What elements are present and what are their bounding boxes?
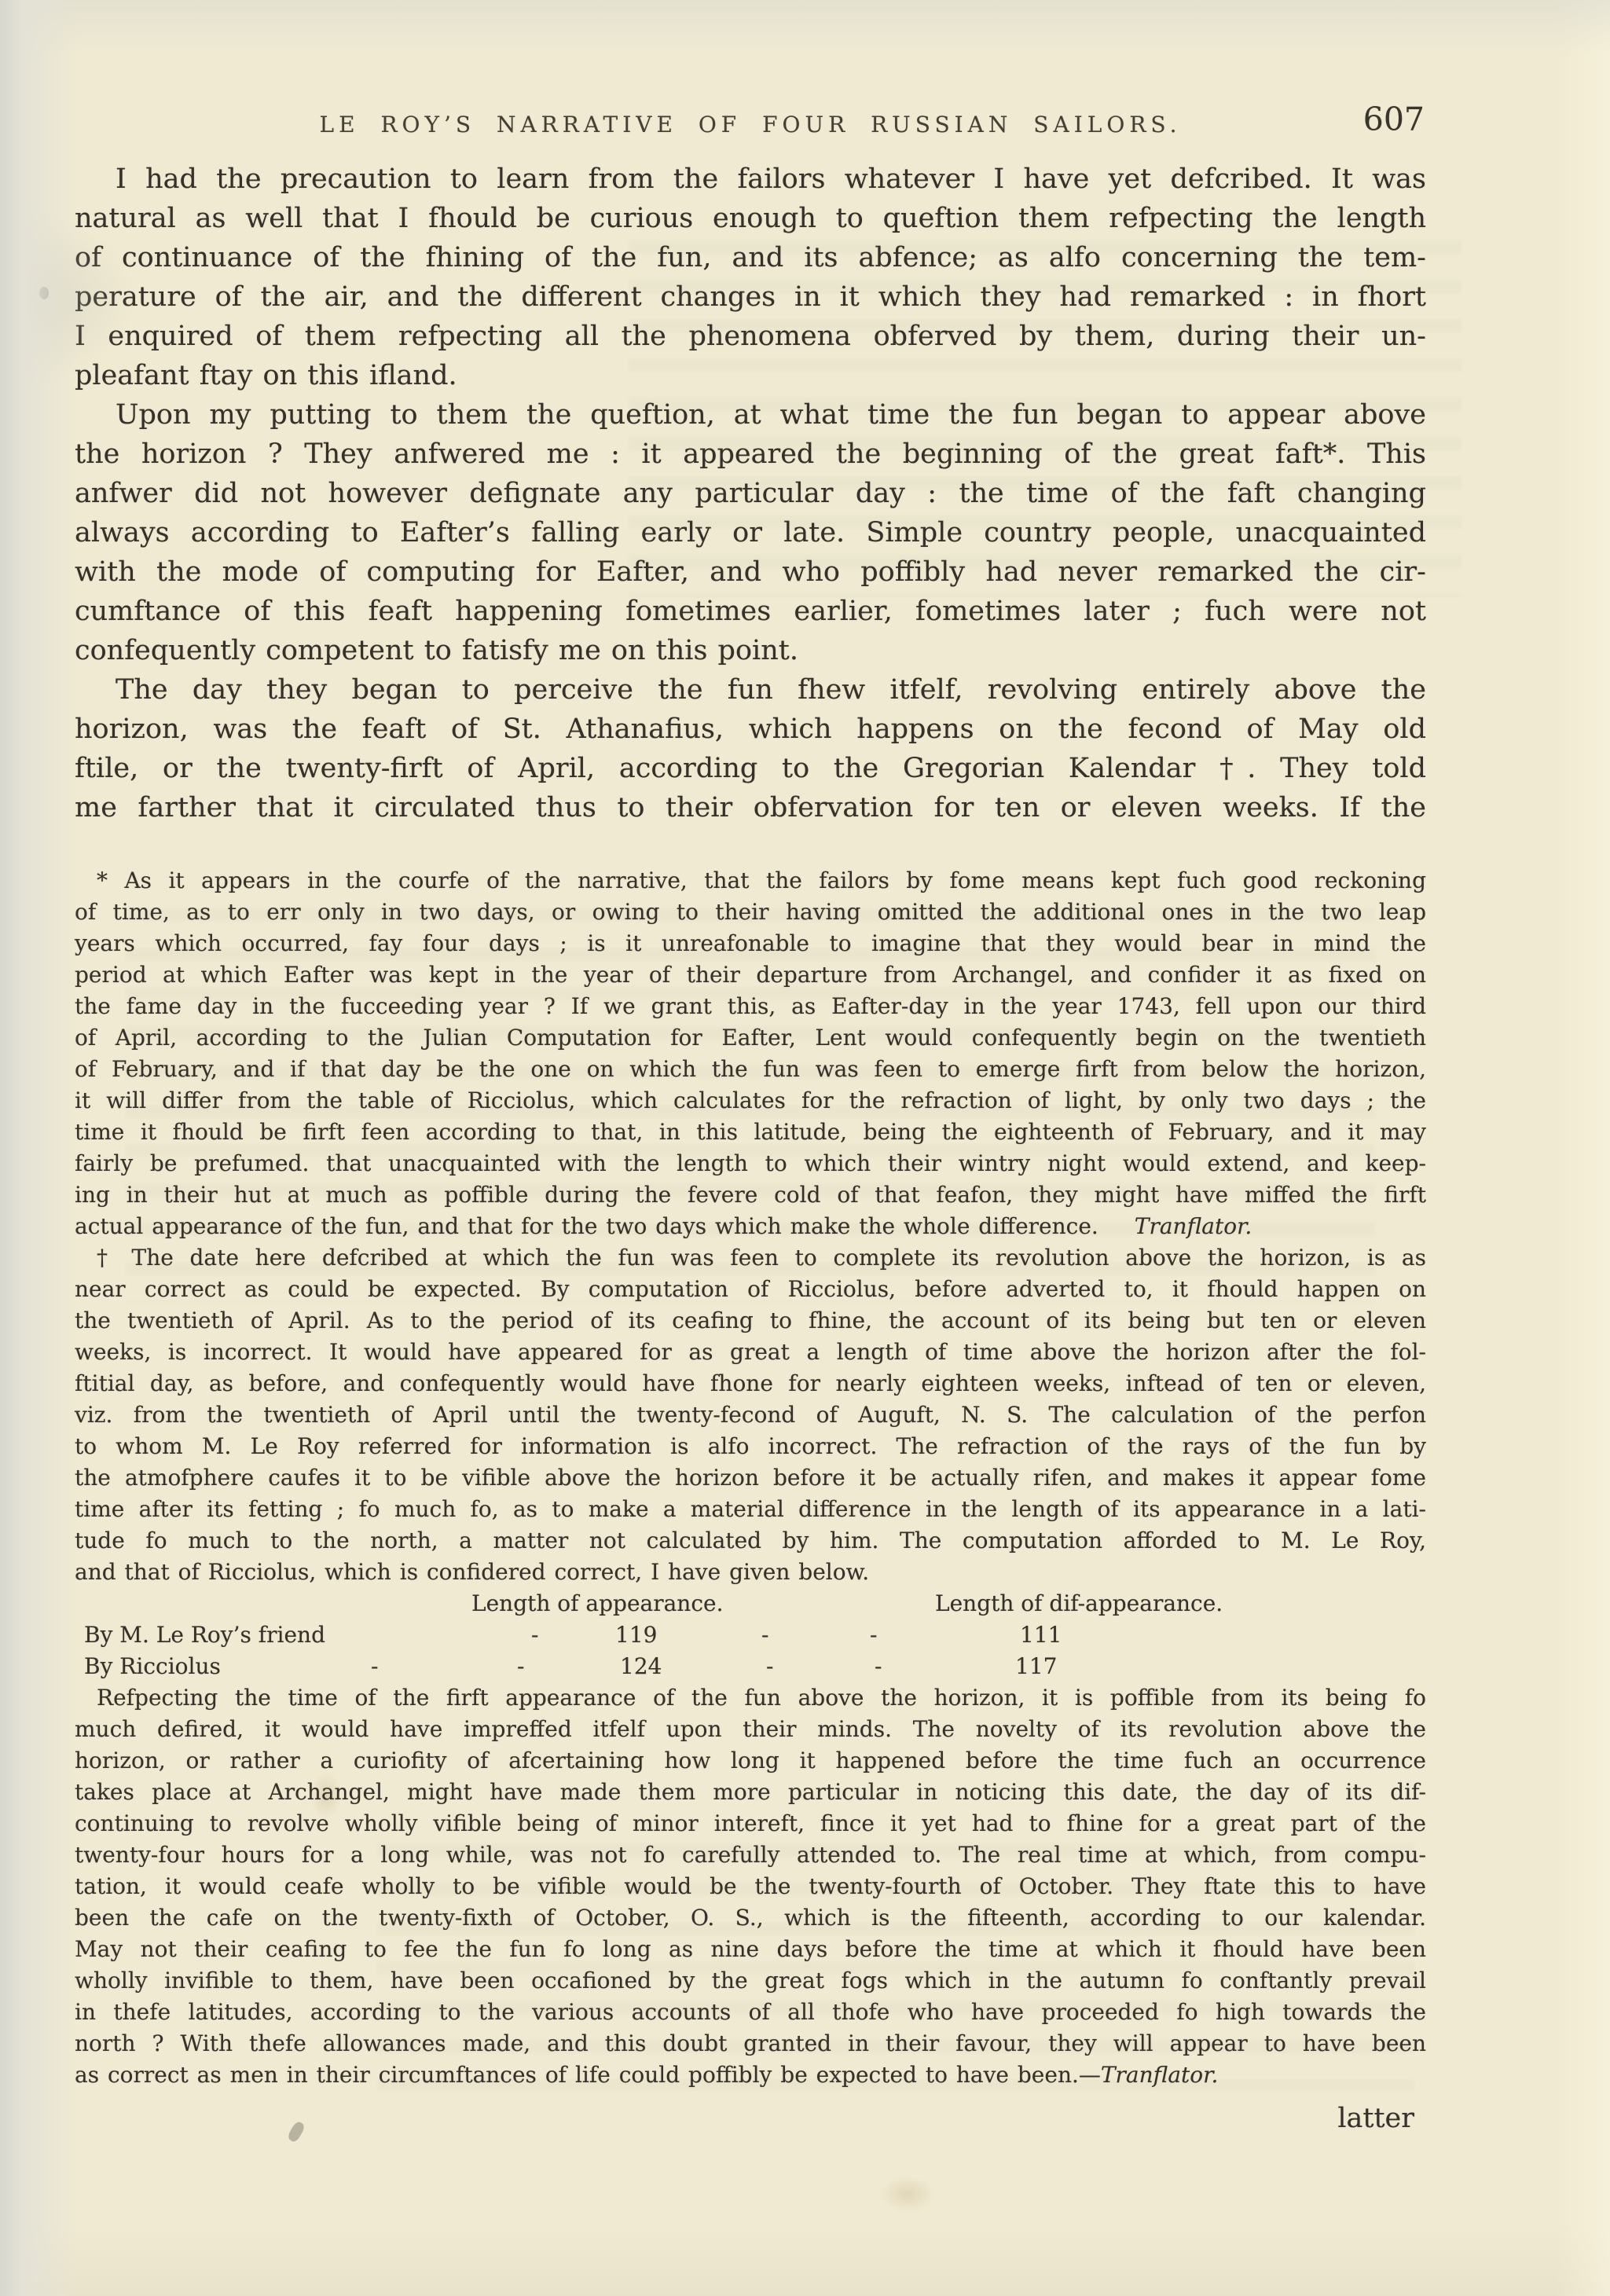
table-cell: By Ricciolus: [84, 1651, 221, 1682]
table-cell: -: [761, 1619, 768, 1651]
page-number: 607: [1363, 101, 1425, 138]
text-line: it will differ from the table of Ricciol…: [75, 1085, 1426, 1117]
text-line: perature of the air, and the different c…: [75, 277, 1426, 317]
footnote-table: Length of appearance. Length of dif-appe…: [75, 1588, 1426, 1682]
table-cell: -: [766, 1651, 773, 1682]
text-line: with the mode of computing for Eafter, a…: [75, 552, 1426, 592]
text-line: horizon, was the feaft of St. Athanafius…: [75, 710, 1426, 749]
text-line: I enquired of them refpecting all the ph…: [75, 317, 1426, 356]
text-line: twenty-four hours for a long while, was …: [75, 1839, 1426, 1871]
table-cell: -: [870, 1619, 877, 1651]
footnote-text: actual appearance of the fun, and that f…: [75, 1213, 1098, 1239]
table-cell: -: [371, 1651, 378, 1682]
text-line: the horizon ? They anfwered me : it appe…: [75, 435, 1426, 474]
text-line: takes place at Archangel, might have mad…: [75, 1777, 1426, 1808]
text-line: time it fhould be firft feen according t…: [75, 1117, 1426, 1148]
footnote-text: as correct as men in their circumftances…: [75, 2062, 1101, 2088]
text-line: continuing to revolve wholly vifible bei…: [75, 1808, 1426, 1839]
text-line: tude fo much to the north, a matter not …: [75, 1525, 1426, 1557]
table-cell: -: [517, 1651, 524, 1682]
book-page-scan: LE ROY’S NARRATIVE OF FOUR RUSSIAN SAILO…: [0, 0, 1610, 2296]
text-column: LE ROY’S NARRATIVE OF FOUR RUSSIAN SAILO…: [75, 0, 1426, 2296]
text-line: the fame day in the fucceeding year ? If…: [75, 991, 1426, 1022]
translator-signature: Tranflator.: [1101, 2062, 1218, 2088]
text-line: of time, as to err only in two days, or …: [75, 897, 1426, 928]
main-text: I had the precaution to learn from the f…: [75, 160, 1426, 827]
text-line: and that of Ricciolus, which is confider…: [75, 1557, 1426, 1588]
text-line: Refpecting the time of the firft appeara…: [75, 1682, 1426, 1714]
text-line: to whom M. Le Roy referred for informati…: [75, 1431, 1426, 1462]
text-line: wholly invifible to them, have been occa…: [75, 1965, 1426, 1997]
text-line: me farther that it circulated thus to th…: [75, 788, 1426, 827]
text-line: viz. from the twentieth of April until t…: [75, 1399, 1426, 1431]
footnote-dagger: † The date here defcribed at which the f…: [75, 1242, 1426, 1588]
text-line: tation, it would ceafe wholly to be vifi…: [75, 1871, 1426, 1902]
table-cell: Length of dif-appearance.: [935, 1588, 1223, 1619]
body-paragraph: I had the precaution to learn from the f…: [75, 160, 1426, 395]
text-line: period at which Eafter was kept in the y…: [75, 959, 1426, 991]
footnote-star: * As it appears in the courfe of the nar…: [75, 865, 1426, 1242]
table-cell: By M. Le Roy’s friend: [84, 1619, 325, 1651]
text-line: ftitial day, as before, and confequently…: [75, 1368, 1426, 1399]
text-line: anfwer did not however defignate any par…: [75, 474, 1426, 513]
ink-speck: [39, 287, 49, 299]
text-line: confequently competent to fatisfy me on …: [75, 631, 1426, 670]
text-line: weeks, is incorrect. It would have appea…: [75, 1337, 1426, 1368]
text-line: of continuance of the fhining of the fun…: [75, 238, 1426, 277]
text-line: in thefe latitudes, according to the var…: [75, 1997, 1426, 2028]
text-line: ing in their hut at much as poffible dur…: [75, 1179, 1426, 1211]
text-line: as correct as men in their circumftances…: [75, 2059, 1426, 2091]
text-line: horizon, or rather a curiofity of afcert…: [75, 1745, 1426, 1777]
translator-signature: Tranflator.: [1135, 1213, 1252, 1239]
table-cell: Length of appearance.: [471, 1588, 724, 1619]
text-line: cumftance of this feaft happening fometi…: [75, 592, 1426, 631]
body-paragraph: The day they began to perceive the fun f…: [75, 670, 1426, 827]
table-cell: -: [875, 1651, 882, 1682]
table-header-row: Length of appearance. Length of dif-appe…: [75, 1588, 1426, 1619]
text-line: years which occurred, fay four days ; is…: [75, 928, 1426, 959]
text-line: the twentieth of April. As to the period…: [75, 1305, 1426, 1337]
table-cell: 117: [1015, 1651, 1057, 1682]
table-data-row: By Ricciolus - - 124 - - 117: [75, 1651, 1426, 1682]
text-line: of April, according to the Julian Comput…: [75, 1022, 1426, 1054]
text-line: natural as well that I fhould be curious…: [75, 199, 1426, 238]
catchword: latter: [1337, 2103, 1414, 2134]
table-cell: 119: [615, 1619, 657, 1651]
text-line: ftile, or the twenty-firft of April, acc…: [75, 749, 1426, 788]
text-line: * As it appears in the courfe of the nar…: [75, 865, 1426, 897]
text-line: fairly be prefumed. that unacquainted wi…: [75, 1148, 1426, 1179]
text-line: much defired, it would have impreffed it…: [75, 1714, 1426, 1745]
text-line: actual appearance of the fun, and that f…: [75, 1211, 1426, 1242]
text-line: time after its fetting ; fo much fo, as …: [75, 1494, 1426, 1525]
table-data-row: By M. Le Roy’s friend - 119 - - 111: [75, 1619, 1426, 1651]
footnote-continuation: Refpecting the time of the firft appeara…: [75, 1682, 1426, 2091]
table-cell: 124: [620, 1651, 662, 1682]
text-line: the atmofphere caufes it to be vifible a…: [75, 1462, 1426, 1494]
running-head: LE ROY’S NARRATIVE OF FOUR RUSSIAN SAILO…: [75, 112, 1426, 138]
text-line: † The date here defcribed at which the f…: [75, 1242, 1426, 1274]
text-line: always according to Eafter’s falling ear…: [75, 513, 1426, 552]
text-line: Upon my putting to them the queftion, at…: [75, 395, 1426, 435]
table-cell: -: [531, 1619, 538, 1651]
text-line: near correct as could be expected. By co…: [75, 1274, 1426, 1305]
table-cell: 111: [1020, 1619, 1062, 1651]
text-line: The day they began to perceive the fun f…: [75, 670, 1426, 710]
text-line: May not their ceafing to fee the fun fo …: [75, 1934, 1426, 1965]
text-line: pleafant ftay on this ifland.: [75, 356, 1426, 395]
text-line: north ? With thefe allowances made, and …: [75, 2028, 1426, 2059]
footnotes-block: * As it appears in the courfe of the nar…: [75, 865, 1426, 2091]
text-line: been the cafe on the twenty-fixth of Oct…: [75, 1902, 1426, 1934]
text-line: I had the precaution to learn from the f…: [75, 160, 1426, 199]
text-line: of February, and if that day be the one …: [75, 1054, 1426, 1085]
body-paragraph: Upon my putting to them the queftion, at…: [75, 395, 1426, 670]
